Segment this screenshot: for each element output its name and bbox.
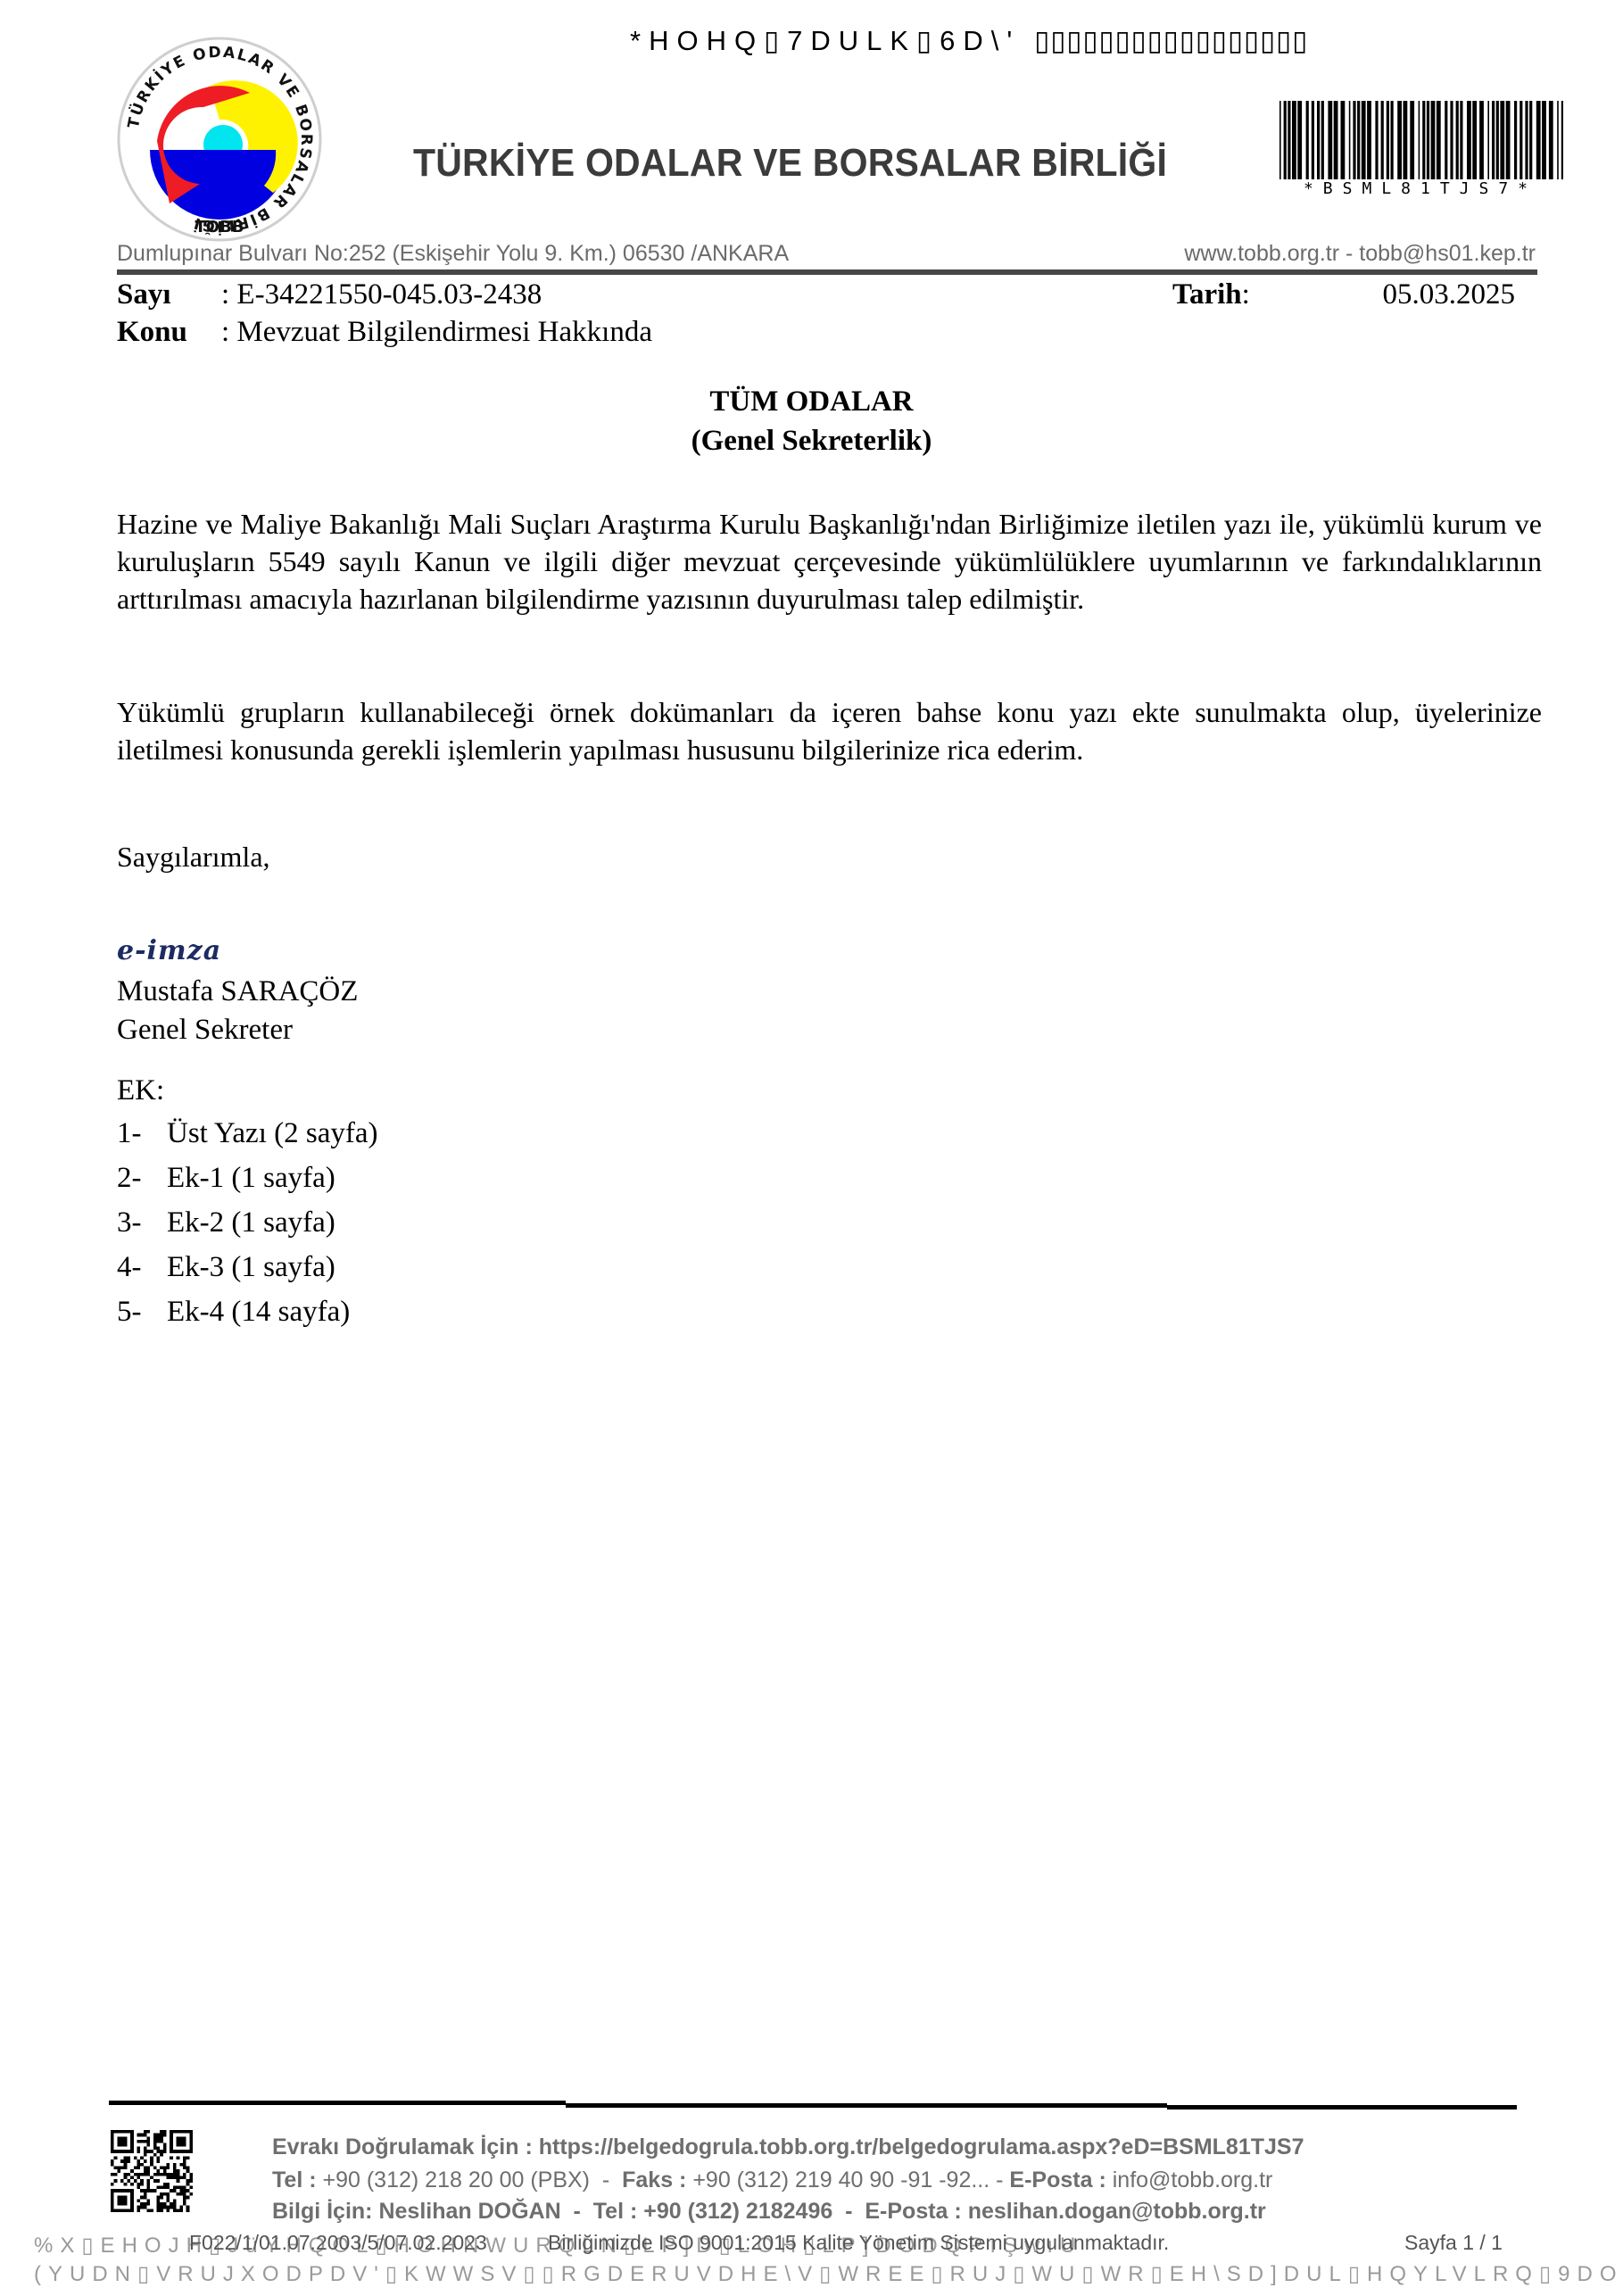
tarih-label: Tarih [1172, 278, 1242, 311]
page-indicator: Sayfa 1 / 1 [1404, 2231, 1503, 2255]
phone-line: Tel : +90 (312) 218 20 00 (PBX) - Faks :… [272, 2168, 1272, 2193]
attachment-item: 4-Ek-3 (1 sayfa) [117, 1245, 377, 1289]
sayi-label: Sayı [117, 278, 171, 311]
garbled-receipt-label: *HOHQ▯7DULK▯6D\' [630, 25, 1020, 56]
faks-label: Faks : [622, 2168, 686, 2192]
faks-value: +90 (312) 219 40 90 -91 -92... [692, 2168, 990, 2192]
attachment-number: 4- [117, 1245, 167, 1289]
info-eposta-value[interactable]: neslihan.dogan@tobb.org.tr [968, 2199, 1266, 2224]
info-tel-value: +90 (312) 2182496 [643, 2199, 832, 2224]
tel-value: +90 (312) 218 20 00 (PBX) [323, 2168, 591, 2192]
eposta-label: E-Posta : [1009, 2168, 1105, 2192]
barcode-label: *BSML81TJS7* [1278, 179, 1563, 198]
verification-line: Evrakı Doğrulamak İçin : https://belgedo… [272, 2134, 1304, 2160]
info-eposta-label: E-Posta : [865, 2199, 961, 2224]
garbled-receipt-stamp: *HOHQ▯7DULK▯6D\'▯▯▯▯▯▯▯▯▯▯▯▯▯▯▯▯▯ [630, 25, 1308, 57]
attachment-item: 3-Ek-2 (1 sayfa) [117, 1200, 377, 1245]
tarih-value: 05.03.2025 [1383, 278, 1516, 311]
body-paragraph-1: Hazine ve Maliye Bakanlığı Mali Suçları … [117, 505, 1542, 618]
verify-url[interactable]: https://belgedogrula.tobb.org.tr/belgedo… [539, 2134, 1304, 2159]
body-paragraph-2: Yükümlü grupların kullanabileceği örnek … [117, 693, 1542, 768]
attachment-text: Ek-4 (14 sayfa) [167, 1296, 350, 1328]
signer-name: Mustafa SARAÇÖZ [117, 975, 358, 1008]
tobb-logo-icon: TÜRKİYE ODALAR VE BORSALAR BİRLİĞİ TOBB [114, 34, 325, 245]
attachments-label: EK: [117, 1074, 164, 1107]
verify-label: Evrakı Doğrulamak İçin : [272, 2134, 533, 2159]
tarih-label-group: Tarih: [1172, 278, 1250, 311]
info-tel-label: Tel : [593, 2199, 638, 2224]
tel-label: Tel : [272, 2168, 317, 2192]
attachment-text: Ek-2 (1 sayfa) [167, 1206, 335, 1239]
footer-divider [566, 2103, 1167, 2108]
konu-label: Konu [117, 316, 187, 349]
form-code: F022/1/01.07.2003/5/07.02.2023 [189, 2231, 487, 2255]
e-signature-mark: e-imza [117, 935, 221, 966]
attachment-item: 5-Ek-4 (14 sayfa) [117, 1289, 377, 1334]
signer-title: Genel Sekreter [117, 1014, 293, 1047]
header-divider [117, 269, 1537, 275]
garbled-receipt-boxes: ▯▯▯▯▯▯▯▯▯▯▯▯▯▯▯▯▯ [1034, 25, 1308, 56]
attachment-number: 5- [117, 1289, 167, 1334]
attachment-text: Ek-1 (1 sayfa) [167, 1162, 335, 1194]
attachment-number: 2- [117, 1156, 167, 1200]
attachment-text: Üst Yazı (2 sayfa) [167, 1117, 377, 1149]
contact-person-line: Bilgi İçin: Neslihan DOĞAN - Tel : +90 (… [272, 2199, 1266, 2225]
footer-divider [1167, 2105, 1517, 2110]
svg-text:TOBB: TOBB [195, 218, 244, 236]
attachments-list: 1-Üst Yazı (2 sayfa) 2-Ek-1 (1 sayfa) 3-… [117, 1111, 377, 1334]
attachment-item: 2-Ek-1 (1 sayfa) [117, 1156, 377, 1200]
iso-statement: Birliğimizde ISO 9001:2015 Kalite Yöneti… [548, 2231, 1169, 2255]
attachment-number: 3- [117, 1200, 167, 1245]
garbled-footer-line-2: (YUDN▯VRUJXODPDV'▯KWWSV▯▯RGDERUVDHE\V▯WR… [34, 2261, 1623, 2287]
attachment-text: Ek-3 (1 sayfa) [167, 1251, 335, 1283]
footer-divider [109, 2101, 566, 2105]
contact-line: www.tobb.org.tr - tobb@hs01.kep.tr [1184, 241, 1536, 267]
info-label: Bilgi İçin: [272, 2199, 373, 2224]
recipient-block: TÜM ODALAR (Genel Sekreterlik) [0, 382, 1623, 460]
qr-code-icon [111, 2130, 193, 2212]
info-name: Neslihan DOĞAN [378, 2199, 560, 2224]
organization-title: TÜRKİYE ODALAR VE BORSALAR BİRLİĞİ [413, 141, 1167, 186]
attachment-number: 1- [117, 1111, 167, 1156]
konu-value: : Mevzuat Bilgilendirmesi Hakkında [221, 316, 652, 349]
closing-salutation: Saygılarımla, [117, 841, 270, 874]
eposta-value[interactable]: info@tobb.org.tr [1113, 2168, 1273, 2192]
attachment-item: 1-Üst Yazı (2 sayfa) [117, 1111, 377, 1156]
barcode-icon [1278, 101, 1563, 179]
recipient-line-1: TÜM ODALAR [0, 382, 1623, 421]
recipient-line-2: (Genel Sekreterlik) [0, 421, 1623, 460]
sayi-value: : E-34221550-045.03-2438 [221, 278, 542, 311]
tarih-colon: : [1242, 278, 1250, 311]
address-line: Dumlupınar Bulvarı No:252 (Eskişehir Yol… [117, 241, 789, 267]
